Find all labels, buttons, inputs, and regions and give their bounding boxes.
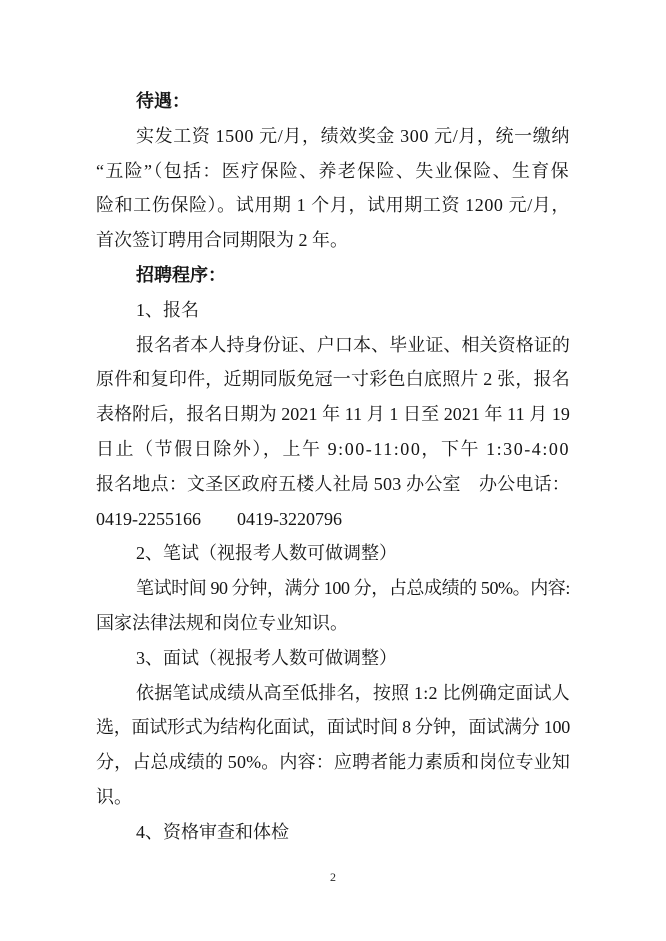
text-line-content: 识。 xyxy=(96,787,132,807)
text-line: 待遇： xyxy=(96,84,570,119)
text-line: 报名者本人持身份证、户口本、毕业证、相关资格证的 xyxy=(96,328,570,363)
text-line: 招聘程序： xyxy=(96,258,570,293)
text-line: 原件和复印件，近期同版免冠一寸彩色白底照片 2 张，报名 xyxy=(96,362,570,397)
text-line-content: 1、报名 xyxy=(136,300,199,320)
text-line-content: 实发工资 1500 元/月，绩效奖金 300 元/月，统一缴纳 xyxy=(136,126,570,146)
text-line: 依据笔试成绩从高至低排名，按照 1:2 比例确定面试人 xyxy=(96,676,570,711)
text-line-content: 依据笔试成绩从高至低排名，按照 1:2 比例确定面试人 xyxy=(136,683,570,703)
text-line: 首次签订聘用合同期限为 2 年。 xyxy=(96,223,570,258)
text-line-content: 险和工伤保险）。试用期 1 个月，试用期工资 1200 元/月， xyxy=(96,195,570,215)
text-line: 报名地点：文圣区政府五楼人社局 503 办公室 办公电话： xyxy=(96,467,570,502)
text-line-content: 表格附后，报名日期为 2021 年 11 月 1 日至 2021 年 11 月 … xyxy=(96,404,570,424)
text-line-content: 国家法律法规和岗位专业知识。 xyxy=(96,613,348,633)
text-line: 3、面试（视报考人数可做调整） xyxy=(96,641,570,676)
text-line: 选，面试形式为结构化面试，面试时间 8 分钟，面试满分 100 xyxy=(96,710,570,745)
text-line: 表格附后，报名日期为 2021 年 11 月 1 日至 2021 年 11 月 … xyxy=(96,397,570,432)
text-line-content: 日止（节假日除外），上午 9:00-11:00，下午 1:30-4:00 xyxy=(96,439,570,459)
text-block: 待遇：实发工资 1500 元/月，绩效奖金 300 元/月，统一缴纳“五险”（包… xyxy=(96,84,570,850)
text-line: 险和工伤保险）。试用期 1 个月，试用期工资 1200 元/月， xyxy=(96,188,570,223)
text-line-content: “五险”（包括：医疗保险、养老保险、失业保险、生育保 xyxy=(96,161,570,181)
text-line: “五险”（包括：医疗保险、养老保险、失业保险、生育保 xyxy=(96,154,570,189)
text-line-content: 待遇： xyxy=(136,91,190,111)
text-line-content: 首次签订聘用合同期限为 2 年。 xyxy=(96,230,348,250)
text-line-content: 4、资格审查和体检 xyxy=(136,822,289,842)
text-line: 笔试时间 90 分钟，满分 100 分，占总成绩的 50%。内容: xyxy=(96,571,570,606)
text-line-content: 2、笔试（视报考人数可做调整） xyxy=(136,543,397,563)
text-line: 1、报名 xyxy=(96,293,570,328)
text-line-content: 3、面试（视报考人数可做调整） xyxy=(136,648,397,668)
page-number: 2 xyxy=(0,869,666,885)
text-line: 4、资格审查和体检 xyxy=(96,815,570,850)
text-line-content: 选，面试形式为结构化面试，面试时间 8 分钟，面试满分 100 xyxy=(96,717,570,737)
text-line: 分，占总成绩的 50%。内容：应聘者能力素质和岗位专业知 xyxy=(96,745,570,780)
text-line: 国家法律法规和岗位专业知识。 xyxy=(96,606,570,641)
text-line: 2、笔试（视报考人数可做调整） xyxy=(96,536,570,571)
text-line: 0419-2255166 0419-3220796 xyxy=(96,502,570,537)
text-line: 日止（节假日除外），上午 9:00-11:00，下午 1:30-4:00 xyxy=(96,432,570,467)
text-line-content: 原件和复印件，近期同版免冠一寸彩色白底照片 2 张，报名 xyxy=(96,369,570,389)
text-line: 实发工资 1500 元/月，绩效奖金 300 元/月，统一缴纳 xyxy=(96,119,570,154)
text-line-content: 报名者本人持身份证、户口本、毕业证、相关资格证的 xyxy=(136,335,570,355)
text-line-content: 0419-2255166 0419-3220796 xyxy=(96,509,342,529)
text-line-content: 招聘程序： xyxy=(136,265,226,285)
text-line-content: 分，占总成绩的 50%。内容：应聘者能力素质和岗位专业知 xyxy=(96,752,570,772)
text-line-content: 报名地点：文圣区政府五楼人社局 503 办公室 办公电话： xyxy=(96,474,570,494)
document-page: 待遇：实发工资 1500 元/月，绩效奖金 300 元/月，统一缴纳“五险”（包… xyxy=(0,0,666,941)
text-line: 识。 xyxy=(96,780,570,815)
text-line-content: 笔试时间 90 分钟，满分 100 分，占总成绩的 50%。内容: xyxy=(136,578,570,598)
